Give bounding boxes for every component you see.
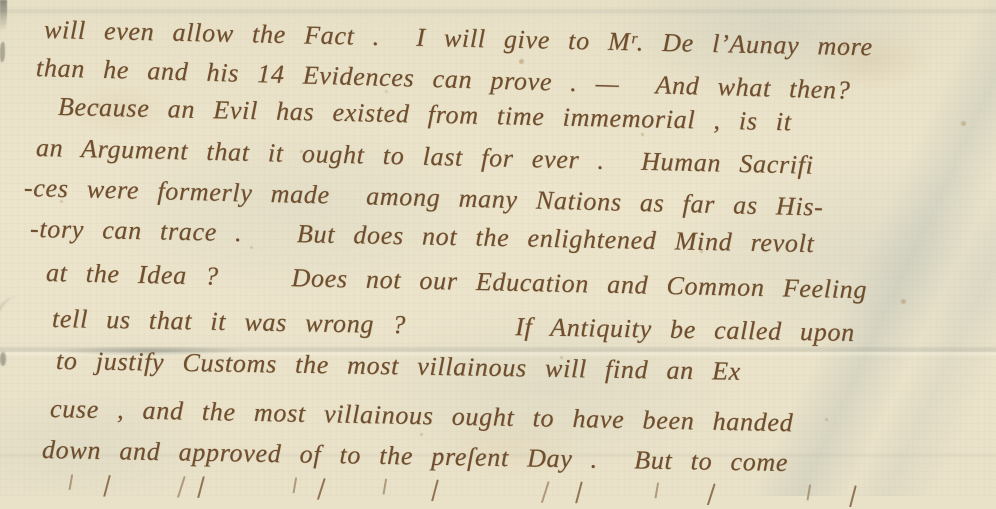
manuscript-page: will even allow the Fact . I will give t…	[0, 0, 996, 496]
manuscript-line: at the Idea ? Does not our Education and…	[46, 257, 868, 306]
stroke-top	[103, 475, 111, 496]
stroke-top	[69, 474, 74, 490]
stroke-top	[383, 478, 388, 494]
manuscript-line: cuse , and the most villainous ought to …	[50, 393, 794, 439]
manuscript-line: tell us that it was wrong ? If Antiquity…	[52, 303, 855, 349]
stroke-top	[431, 479, 439, 496]
stroke-top	[806, 484, 811, 496]
stroke-top	[654, 482, 659, 496]
stroke-top	[849, 485, 857, 496]
stroke-top	[176, 476, 186, 496]
stroke-top	[706, 483, 716, 496]
stroke-top	[316, 478, 326, 496]
letter-text: will even allow the Fact . I will give t…	[0, 0, 996, 496]
manuscript-line: to justify Customs the most villainous w…	[56, 345, 741, 388]
stroke-top	[575, 481, 583, 496]
stroke-top	[197, 476, 205, 496]
stroke-top	[540, 481, 550, 496]
stroke-top	[293, 477, 298, 493]
manuscript-line: down and approved of to the preſent Day …	[42, 434, 789, 479]
